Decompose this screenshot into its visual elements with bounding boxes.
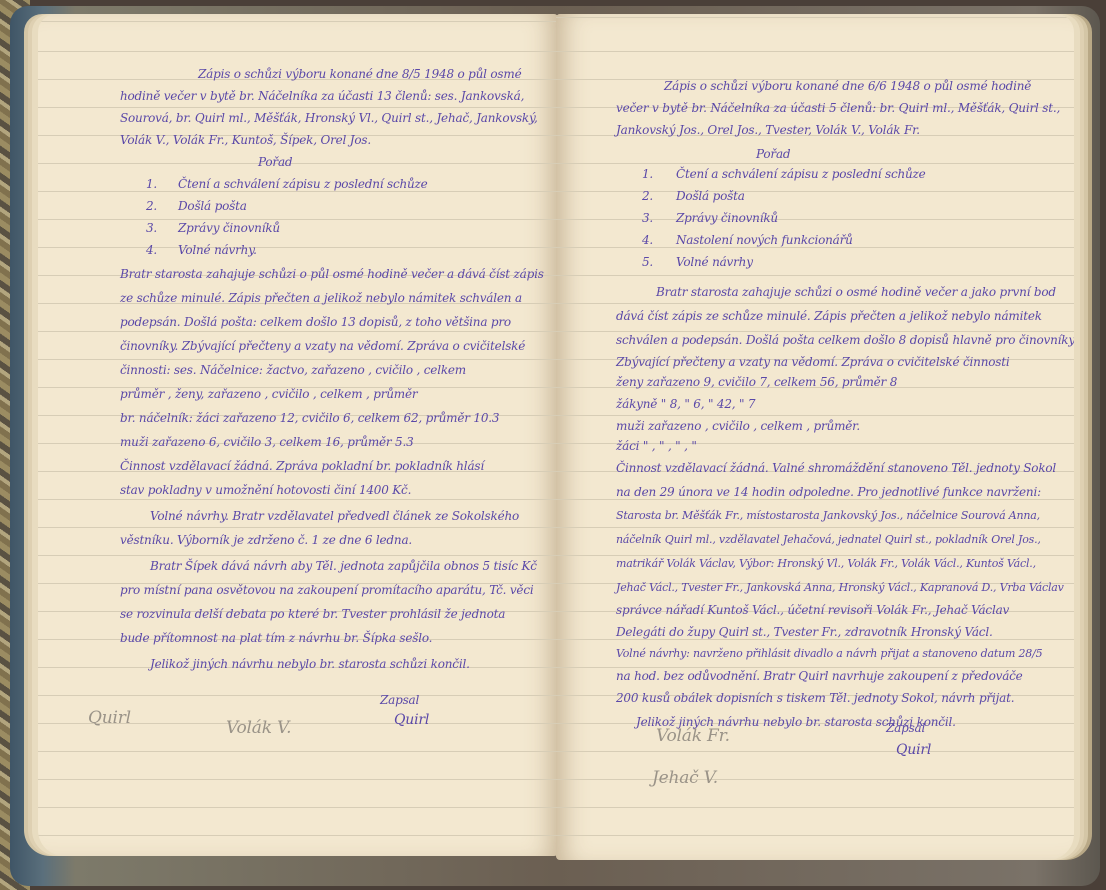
left-page: Zápis o schůzi výboru konané dne 8/5 194… <box>38 14 558 856</box>
recorder-signature: Quirl <box>394 706 429 734</box>
pencil-signature: Volák V. <box>226 714 291 742</box>
header-line: Volák V., Volák Fr., Kuntoš, Šípek, Orel… <box>120 126 371 154</box>
recorder-signature: Quirl <box>896 736 931 764</box>
pencil-signature: Volák Fr. <box>656 722 730 750</box>
pencil-signature: Quirl <box>88 704 131 732</box>
body-line: stav pokladny v umožnění hotovosti činí … <box>120 476 411 504</box>
agenda-item: Volné návrhy <box>676 248 753 276</box>
body-line: věstníku. Výborník je zdrženo č. 1 ze dn… <box>120 526 412 554</box>
right-page: Zápis o schůzi výboru konané dne 6/6 194… <box>556 14 1074 860</box>
body-line: bude přítomnost na plat tím z návrhu br.… <box>120 624 432 652</box>
pencil-signature: Jehač V. <box>652 764 718 792</box>
body-line: Jelikož jiných návrhu nebylo br. starost… <box>150 650 470 678</box>
agenda-number: 5. <box>642 248 653 276</box>
